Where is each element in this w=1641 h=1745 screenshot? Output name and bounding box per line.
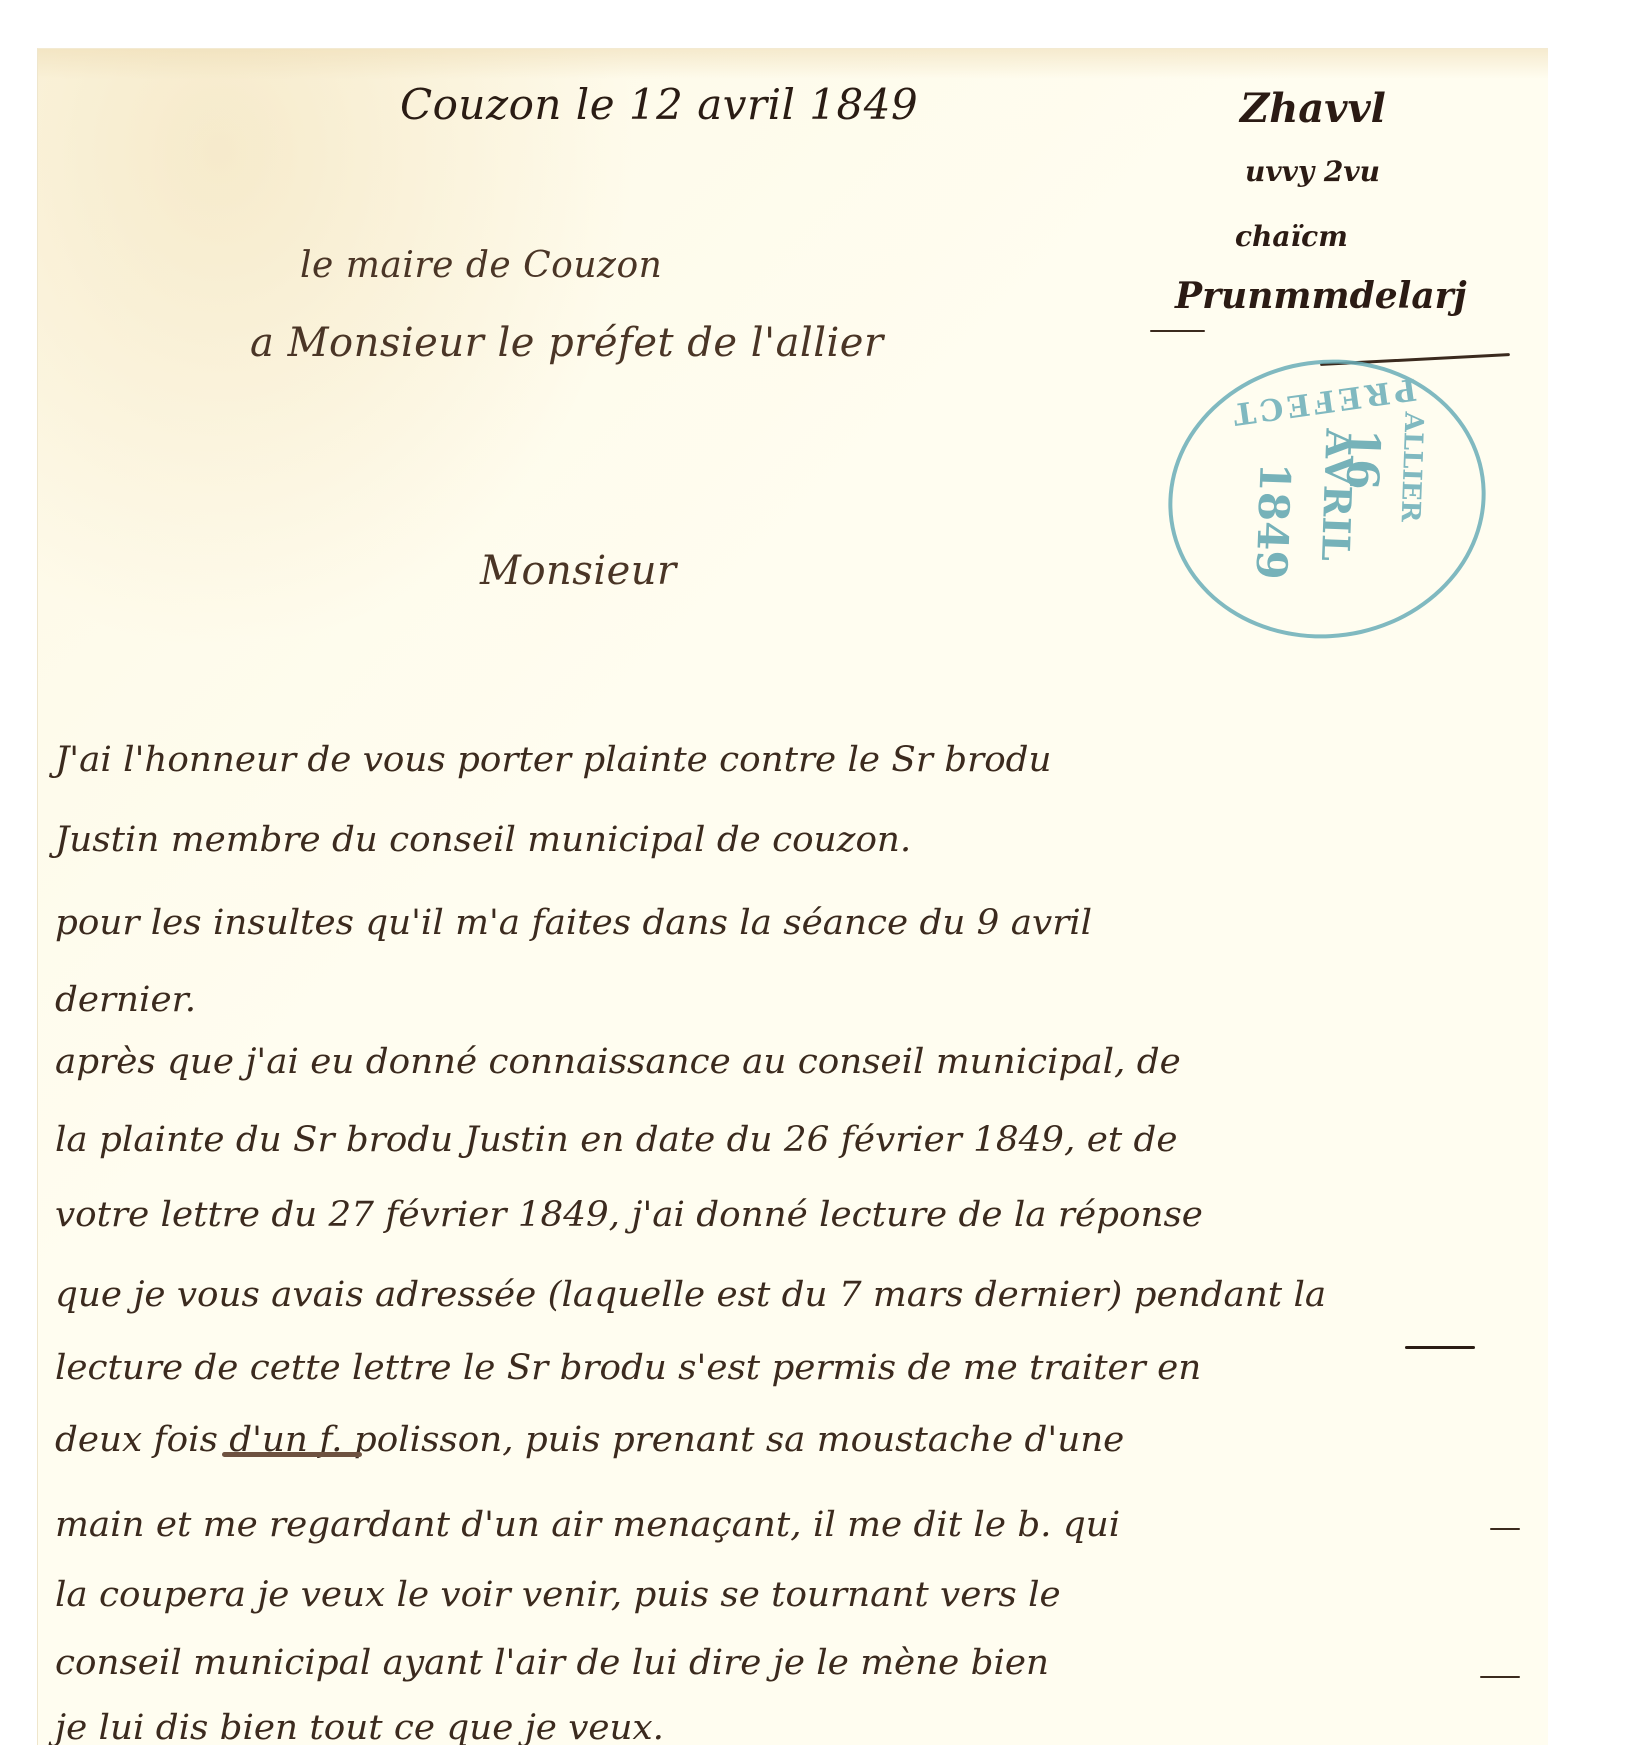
body-line: pour les insultes qu'il m'a faites dans …	[55, 903, 1092, 943]
body-line: la coupera je veux le voir venir, puis s…	[55, 1575, 1061, 1615]
body-line: deux fois d'un f. polisson, puis prenant…	[55, 1420, 1124, 1460]
sender-line: le maire de Couzon	[300, 245, 662, 286]
underline-mark	[222, 1452, 362, 1457]
annotation-rule	[1150, 330, 1205, 332]
salutation: Monsieur	[480, 548, 677, 594]
recipient-line: a Monsieur le préfet de l'allier	[250, 320, 884, 366]
body-line: après que j'ai eu donné connaissance au …	[55, 1042, 1181, 1082]
body-line: je lui dis bien tout ce que je veux.	[55, 1708, 664, 1745]
postmark-month: AVRIL	[1313, 428, 1363, 562]
body-line: lecture de cette lettre le Sr brodu s'es…	[55, 1348, 1201, 1388]
annotation-line: uvvy 2vu	[1245, 155, 1380, 188]
postmark-ring-text: PREFECT	[1227, 371, 1419, 432]
strikethrough-mark	[1405, 1346, 1475, 1349]
body-line: Justin membre du conseil municipal de co…	[55, 820, 911, 860]
body-line: la plainte du Sr brodu Justin en date du…	[55, 1120, 1178, 1160]
scanned-page: Couzon le 12 avril 1849 le maire de Couz…	[0, 0, 1641, 1745]
body-line: dernier.	[55, 980, 196, 1020]
annotation-line: Zhavvl	[1240, 85, 1386, 132]
postmark-year: 1849	[1246, 462, 1299, 581]
postmark-ring-right: ALLIER	[1394, 411, 1428, 522]
line-end-dash	[1490, 1528, 1520, 1530]
body-line: votre lettre du 27 février 1849, j'ai do…	[55, 1195, 1203, 1235]
body-line: main et me regardant d'un air menaçant, …	[55, 1505, 1120, 1545]
place-date-line: Couzon le 12 avril 1849	[400, 80, 918, 129]
line-end-dash	[1480, 1676, 1520, 1678]
body-line: que je vous avais adressée (laquelle est…	[55, 1275, 1326, 1315]
annotation-line: chaïcm	[1235, 220, 1348, 253]
annotation-line: Prunmmdelarj	[1175, 275, 1467, 317]
body-line: J'ai l'honneur de vous porter plainte co…	[55, 740, 1052, 780]
body-line: conseil municipal ayant l'air de lui dir…	[55, 1643, 1049, 1683]
